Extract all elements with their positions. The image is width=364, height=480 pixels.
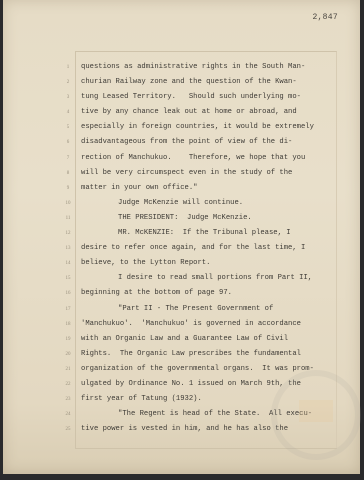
line-number: 1 xyxy=(63,65,73,80)
line-number: 17 xyxy=(63,307,73,322)
line-number: 5 xyxy=(63,125,73,140)
text-line: rection of Manchukuo. Therefore, we hope… xyxy=(81,151,341,166)
line-number: 22 xyxy=(63,382,73,397)
text-line: especially in foreign countries, it woul… xyxy=(81,120,341,135)
text-line: with an Organic Law and a Guarantee Law … xyxy=(81,332,341,347)
text-line: Judge McKenzie will continue. xyxy=(81,196,341,211)
line-number: 2 xyxy=(63,80,73,95)
text-line: questions as administrative rights in th… xyxy=(81,60,341,75)
line-number: 16 xyxy=(63,291,73,306)
line-number: 18 xyxy=(63,322,73,337)
text-line: Rights. The Organic Law prescribes the f… xyxy=(81,347,341,362)
line-number: 9 xyxy=(63,186,73,201)
document-page: 2,847 1234567891011121314151617181920212… xyxy=(3,0,360,474)
text-line: believe, to the Lytton Report. xyxy=(81,256,341,271)
line-number: 19 xyxy=(63,337,73,352)
line-number: 8 xyxy=(63,171,73,186)
text-line: MR. McKENZIE: If the Tribunal please, I xyxy=(81,226,341,241)
seal-building-icon xyxy=(299,400,333,422)
text-line: tive by any chance leak out at home or a… xyxy=(81,105,341,120)
line-number: 15 xyxy=(63,276,73,291)
line-number: 4 xyxy=(63,110,73,125)
text-line: desire to refer once again, and for the … xyxy=(81,241,341,256)
text-line: churian Railway zone and the question of… xyxy=(81,75,341,90)
line-number: 14 xyxy=(63,261,73,276)
line-number: 3 xyxy=(63,95,73,110)
line-number: 25 xyxy=(63,427,73,442)
text-line: "Part II - The Present Government of xyxy=(81,302,341,317)
line-number: 13 xyxy=(63,246,73,261)
line-numbers: 1234567891011121314151617181920212223242… xyxy=(63,65,73,442)
page-number: 2,847 xyxy=(312,13,338,22)
text-line: THE PRESIDENT: Judge McKenzie. xyxy=(81,211,341,226)
text-line: 'Manchukuo'. 'Manchukuo' is governed in … xyxy=(81,317,341,332)
watermark-seal-icon xyxy=(271,370,361,460)
line-number: 10 xyxy=(63,201,73,216)
text-line: tung Leased Territory. Should such under… xyxy=(81,90,341,105)
text-line: disadvantageous from the point of view o… xyxy=(81,135,341,150)
line-number: 21 xyxy=(63,367,73,382)
line-number: 24 xyxy=(63,412,73,427)
line-number: 12 xyxy=(63,231,73,246)
line-number: 6 xyxy=(63,140,73,155)
line-number: 11 xyxy=(63,216,73,231)
line-number: 7 xyxy=(63,156,73,171)
line-number: 20 xyxy=(63,352,73,367)
text-line: beginning at the bottom of page 97. xyxy=(81,286,341,301)
line-number: 23 xyxy=(63,397,73,412)
text-line: will be very circumspect even in the stu… xyxy=(81,166,341,181)
text-line: I desire to read small portions from Par… xyxy=(81,271,341,286)
text-line: matter in your own office." xyxy=(81,181,341,196)
